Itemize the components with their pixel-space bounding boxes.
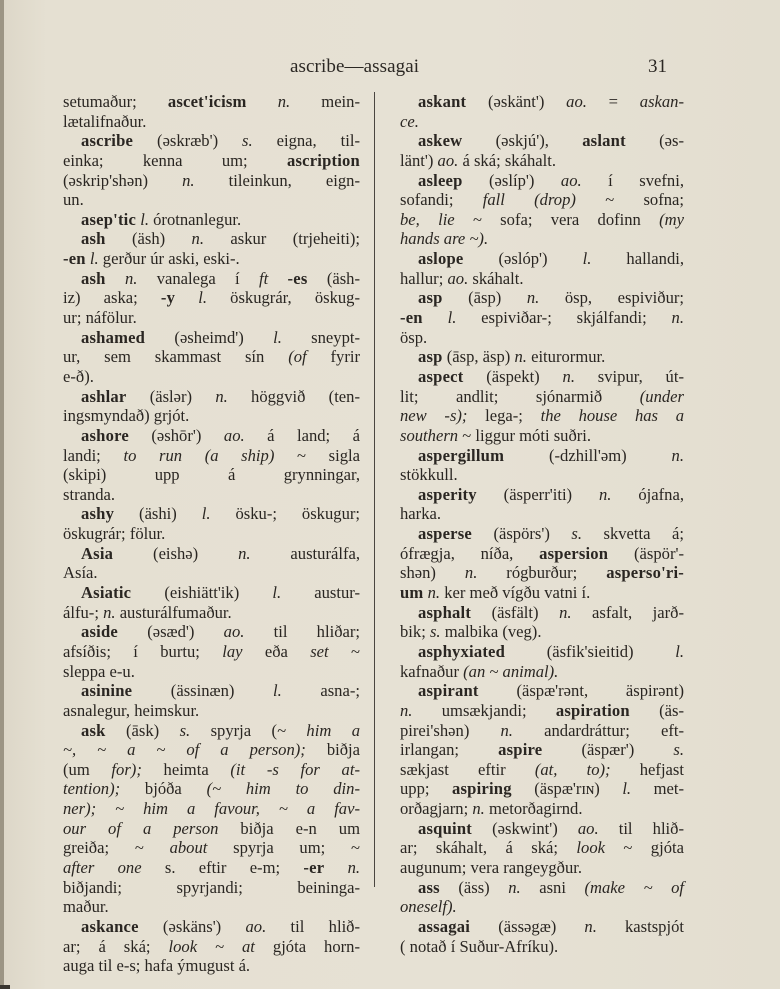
definition-text: á ská; skáhalt. [458,151,556,170]
text-line: sleppa e-u. [63,662,360,682]
definition-text: ( notað í Suður-Afríku). [400,937,558,956]
headword: askance [81,917,139,936]
italic-text: l. [140,210,149,229]
italic-text: (it -s for at- [230,760,360,779]
text-line: landi; to run (a ship) ~ sigla [63,446,360,466]
text-line: Asía. [63,563,360,583]
definition-text: met- [631,779,684,798]
text-line: asquint (əskwint') ao. til hlið- [400,819,684,839]
definition-text: eigna, til- [253,131,360,150]
definition-text: (əslóp') [463,249,582,268]
text-line: oneself). [400,897,684,917]
definition-text: ösku-; öskugur; [211,504,360,523]
definition-text: (ässəgæ) [470,917,584,936]
definition-text: ~ liggur móti suðri. [458,426,591,445]
text-line: aspect (äspekt) n. svipur, út- [400,367,684,387]
definition-text [247,92,278,111]
headword: aspiration [556,701,630,720]
definition-text: (äspekt) [463,367,562,386]
definition-text: svipur, út- [575,367,684,386]
definition-text: espiviðar-; skjálfandi; [456,308,671,327]
text-line: ösp. [400,328,684,348]
italic-text: ce. [400,112,419,131]
italic-text: ft [259,269,268,288]
definition-text: irlangan; [400,740,498,759]
definition-text: (äshi) [114,504,202,523]
text-line: (um for); heimta (it -s for at- [63,760,360,780]
italic-text: ao. [438,151,459,170]
italic-text: fall (drop) [483,190,576,209]
headword: aspire [498,740,542,759]
definition-text: landi; [63,446,123,465]
corner-mark [0,985,10,989]
definition-text: fyrir [307,347,360,366]
italic-text: n. [514,347,526,366]
definition-text: gerður úr aski, eski-. [99,249,240,268]
text-line: ~, ~ a ~ of a person); biðja [63,740,360,760]
text-line: harka. [400,504,684,524]
definition-text: (äss) [440,878,508,897]
definition-text: skvetta á; [582,524,684,543]
italic-text: oneself). [400,897,457,916]
headword: asperso'ri- [606,563,684,582]
text-line: orðagjarn; n. metorðagirnd. [400,799,684,819]
definition-text: bik; [400,622,430,641]
definition-text: ~ [329,642,360,661]
italic-text: to run (a ship) [123,446,274,465]
definition-text: sneypt- [282,328,360,347]
text-line: lætalifnaður. [63,112,360,132]
italic-text: n. [599,485,611,504]
text-line: ashore (əshōr') ao. á land; á [63,426,360,446]
italic-text: hands are ~). [400,229,488,248]
headword: -en [63,249,86,268]
definition-text: lætalifnaður. [63,112,146,131]
text-line: ar; á ská; look ~ at gjóta horn- [63,937,360,957]
text-line: pirei'shən) n. andardráttur; eft- [400,721,684,741]
page-binding-edge [0,0,4,989]
headword: ashore [81,426,129,445]
italic-text: n. [465,563,477,582]
text-line: greiða; ~ about spyrja um; ~ [63,838,360,858]
definition-text: heimta [142,760,231,779]
definition-text: (āsp) [443,288,527,307]
definition-text [175,288,198,307]
definition-text: ójafna, [611,485,684,504]
text-line: ass (äss) n. asni (make ~ of [400,878,684,898]
definition-text: (-dzhill'əm) [504,446,671,465]
definition-text: (äspæ'rənt, äspirənt) [479,681,684,700]
text-line: asperity (äsperr'iti) n. ójafna, [400,485,684,505]
text-line: ashamed (əsheimd') l. sneypt- [63,328,360,348]
italic-text: l. [198,288,207,307]
italic-text: s. [673,740,684,759]
definition-text: ar; skáhalt, á ská; [400,838,576,857]
definition-text: ~ sofa; vera dofinn [455,210,659,229]
headword: ass [418,878,440,897]
definition-text: spyrja ( [190,721,277,740]
text-line: auga til e-s; hafa ýmugust á. [63,956,360,976]
definition-text: austur- [281,583,360,602]
text-line: asphalt (äsfält) n. asfalt, jarð- [400,603,684,623]
italic-text: n. [508,878,520,897]
definition-text: sækjast eftir [400,760,535,779]
definition-text: länt') [400,151,438,170]
headword: asleep [418,171,463,190]
headword: aslant [582,131,626,150]
text-line: asleep (əslíp') ao. í svefni, [400,171,684,191]
left-column: setumaður; ascet'icism n. mein-lætalifna… [63,92,360,976]
italic-text: ~ him a [277,721,360,740]
definition-text: pirei'shən) [400,721,501,740]
definition-text: maður. [63,897,109,916]
definition-text: ~ gjóta [605,838,684,857]
text-line: irlangan; aspire (äspær') s. [400,740,684,760]
headword: asep'tic [81,210,136,229]
text-line: e-ð). [63,367,360,387]
definition-text: tileinkun, eign- [195,171,360,190]
text-line: öskugrár; fölur. [63,524,360,544]
headword: asquint [418,819,472,838]
definition-text: kafnaður [400,662,463,681]
definition-text: öskugrár, öskug- [207,288,360,307]
headword: asp [418,288,443,307]
definition-text: ur; náfölur. [63,308,137,327]
italic-text: (under [640,387,684,406]
definition-text: til hlið- [266,917,360,936]
text-line: iz) aska; -y l. öskugrár, öskug- [63,288,360,308]
text-line: kafnaður (an ~ animal). [400,662,684,682]
headword: aspiring [452,779,512,798]
italic-text: our of a person [63,819,218,838]
italic-text: l. [202,504,211,523]
text-line: asphyxiated (äsfik'sieitid) l. [400,642,684,662]
text-line: stökkull. [400,465,684,485]
definition-text: biðjandi; spyrjandi; beininga- [63,878,360,897]
definition-text: orðagjarn; [400,799,472,818]
italic-text: tention); [63,779,120,798]
definition-text: eða [243,642,311,661]
italic-text: (~ him to din- [207,779,360,798]
italic-text: n. [672,446,684,465]
italic-text: ner); ~ him a favour, ~ a fav- [63,799,360,818]
definition-text: hallandi, [591,249,684,268]
definition-text: upp; [400,779,452,798]
italic-text: ao. [224,622,245,641]
definition-text: austurálfa, [251,544,360,563]
definition-text: askur (trjeheiti); [204,229,360,248]
definition-text: sofandi; [400,190,483,209]
italic-text: s. [430,622,441,641]
text-line: ce. [400,112,684,132]
headword: askant [418,92,466,111]
italic-text: new -s); [400,406,467,425]
definition-text: vanalega í [137,269,259,288]
definition-text: einka; kenna um; [63,151,287,170]
italic-text: look [576,838,605,857]
headword: aspergillum [418,446,504,465]
italic-text: ao. [561,171,582,190]
definition-text: (äspör'- [608,544,684,563]
text-line: asperse (äspörs') s. skvetta á; [400,524,684,544]
headword: Asiatic [81,583,131,602]
definition-text: gjóta horn- [255,937,360,956]
definition-text: eiturormur. [527,347,605,366]
header-guide-words: ascribe—assagai [290,56,419,78]
text-line: ingsmyndað) grjót. [63,406,360,426]
definition-text: iz) aska; [63,288,161,307]
definition-text: = [587,92,640,111]
definition-text: (əskänt') [466,92,566,111]
italic-text: ao. [447,269,468,288]
definition-text: spyrja um; ~ [207,838,360,857]
definition-text [268,269,287,288]
text-line: ashy (äshi) l. ösku-; öskugur; [63,504,360,524]
definition-text: ösp, espiviður; [539,288,684,307]
text-line: ( notað í Suður-Afríku). [400,937,684,957]
text-line: aside (əsæd') ao. til hliðar; [63,622,360,642]
definition-text: auga til e-s; hafa ýmugust á. [63,956,250,975]
definition-text: (əskwint') [472,819,578,838]
italic-text: askan- [640,92,684,111]
headword: ash [81,229,106,248]
text-line: our of a person biðja e-n um [63,819,360,839]
text-line: shən) n. rógburður; asperso'ri- [400,563,684,583]
text-line: ascribe (əskræb') s. eigna, til- [63,131,360,151]
headword: askew [418,131,462,150]
italic-text: after one [63,858,142,877]
italic-text: l. [273,328,282,347]
definition-text: (äsh) [106,229,192,248]
definition-text: bjóða [120,779,206,798]
headword: aspersion [539,544,608,563]
text-line: ash (äsh) n. askur (trjeheiti); [63,229,360,249]
text-line: southern ~ liggur móti suðri. [400,426,684,446]
headword: ask [81,721,106,740]
definition-text: biðja e-n um [218,819,360,838]
definition-text: afsíðis; í burtu; [63,642,222,661]
definition-text: (eishə) [113,544,238,563]
definition-text: ~ sofna; [576,190,684,209]
definition-text: á land; á [245,426,360,445]
definition-text: stranda. [63,485,115,504]
italic-text: n. [238,544,250,563]
definition-text: (äs- [630,701,684,720]
italic-text: look ~ at [169,937,255,956]
text-line: maður. [63,897,360,917]
italic-text: set [310,642,328,661]
definition-text [423,308,448,327]
italic-text: (of [288,347,306,366]
definition-text: öskugrár; fölur. [63,524,165,543]
italic-text: n. [192,229,204,248]
definition-text: kastspjót [597,917,684,936]
definition-text: (äsfik'sieitid) [505,642,675,661]
italic-text: the house has a [541,406,684,425]
italic-text: lay [222,642,242,661]
headword: ashy [81,504,114,523]
headword: ascription [287,151,360,170]
definition-text: asnalegur, heimskur. [63,701,199,720]
definition-text: ar; á ská; [63,937,169,956]
definition-text: (āsk) [106,721,180,740]
text-line: -en l. gerður úr aski, eski-. [63,249,360,269]
italic-text: n. [563,367,575,386]
text-line: upp; aspiring (äspæ'rɪɴ) l. met- [400,779,684,799]
text-line: ask (āsk) s. spyrja (~ him a [63,721,360,741]
definition-text: greiða; ~ [63,838,170,857]
italic-text: ao. [224,426,245,445]
text-line: um n. ker með vígðu vatni í. [400,583,684,603]
definition-text: stökkull. [400,465,458,484]
italic-text: n. [472,799,484,818]
headword: ashlar [81,387,126,406]
text-line: (skipi) upp á grynningar, [63,465,360,485]
headword: ash [81,269,106,288]
definition-text: (um [63,760,111,779]
running-header: ascribe—assagai 31 [0,56,780,82]
definition-text: umsækjandi; [412,701,555,720]
italic-text: l. [622,779,631,798]
definition-text: til hlið- [599,819,684,838]
definition-text: (äsh- [308,269,361,288]
definition-text: ösp. [400,328,427,347]
definition-text: (äspær') [542,740,673,759]
definition-text: harka. [400,504,441,523]
italic-text: n. [348,858,360,877]
headword: -y [161,288,175,307]
headword: aspirant [418,681,479,700]
definition-text: (äsfält) [471,603,559,622]
definition-text: asna-; [282,681,360,700]
headword: -er [303,858,324,877]
text-line: stranda. [63,485,360,505]
text-line: asinine (ässinæn) l. asna-; [63,681,360,701]
definition-text: biðja [306,740,360,759]
italic-text: ao. [246,917,267,936]
text-line: augunum; vera rangeygður. [400,858,684,878]
text-line: ner); ~ him a favour, ~ a fav- [63,799,360,819]
definition-text: órotnanlegur. [149,210,241,229]
definition-text: (äsperr'iti) [477,485,599,504]
headword: asperity [418,485,477,504]
italic-text: about [170,838,208,857]
headword: asphalt [418,603,471,622]
definition-text: (əsæd') [118,622,224,641]
definition-text: malbika (veg). [441,622,542,641]
definition-text: (əshōr') [129,426,224,445]
definition-text: hallur; [400,269,447,288]
text-line: ur; náfölur. [63,308,360,328]
italic-text: (my [659,210,684,229]
text-line: assagai (ässəgæ) n. kastspjót [400,917,684,937]
definition-text: lit; andlit; sjónarmið [400,387,640,406]
text-line: einka; kenna um; ascription [63,151,360,171]
text-line: n. umsækjandi; aspiration (äs- [400,701,684,721]
italic-text: for); [111,760,141,779]
definition-text: mein- [290,92,360,111]
definition-text: asni [521,878,585,897]
definition-text [106,269,125,288]
text-line: ash n. vanalega í ft -es (äsh- [63,269,360,289]
text-line: hands are ~). [400,229,684,249]
text-line: aspergillum (-dzhill'əm) n. [400,446,684,466]
headword: asphyxiated [418,642,505,661]
text-line: askant (əskänt') ao. = askan- [400,92,684,112]
definition-text: (eishiätt'ik) [131,583,272,602]
text-line: Asia (eishə) n. austurálfa, [63,544,360,564]
definition-text: hefjast [611,760,684,779]
definition-text: (skipi) upp á grynningar, [63,465,360,484]
italic-text: n. [527,288,539,307]
text-line: lit; andlit; sjónarmið (under [400,387,684,407]
definition-text: (ässinæn) [132,681,273,700]
definition-text: (əs- [626,131,684,150]
text-line: ófrægja, níða, aspersion (äspör'- [400,544,684,564]
text-line: setumaður; ascet'icism n. mein- [63,92,360,112]
text-line: länt') ao. á ská; skáhalt. [400,151,684,171]
italic-text: n. [584,917,596,936]
definition-text: álfu-; [63,603,103,622]
definition-text: (āsp, äsp) [443,347,515,366]
definition-text: metorðagirnd. [485,799,583,818]
definition-text: s. eftir e-m; [142,858,304,877]
text-line: aslope (əslóp') l. hallandi, [400,249,684,269]
italic-text: n. [501,721,513,740]
text-line: (əskrip'shən) n. tileinkun, eign- [63,171,360,191]
text-line: ashlar (äslər) n. höggvið (ten- [63,387,360,407]
text-line: afsíðis; í burtu; lay eða set ~ [63,642,360,662]
definition-text: ~ sigla [274,446,360,465]
italic-text: n. [103,603,115,622]
definition-text: skáhalt. [468,269,523,288]
text-line: asnalegur, heimskur. [63,701,360,721]
text-line: sækjast eftir (at, to); hefjast [400,760,684,780]
definition-text: Asía. [63,563,98,582]
definition-text: (əskræb') [133,131,242,150]
text-line: new -s); lega-; the house has a [400,406,684,426]
definition-text: asfalt, jarð- [572,603,684,622]
definition-text: lega-; [467,406,540,425]
definition-text: un. [63,190,84,209]
headword: um [400,583,423,602]
italic-text: s. [571,524,582,543]
definition-text: í svefni, [582,171,684,190]
headword: -en [400,308,423,327]
definition-text: til hliðar; [244,622,360,641]
text-line: asp (āsp) n. ösp, espiviður; [400,288,684,308]
text-line: ar; skáhalt, á ská; look ~ gjóta [400,838,684,858]
text-line: sofandi; fall (drop) ~ sofna; [400,190,684,210]
italic-text: be, lie [400,210,455,229]
right-column: askant (əskänt') ao. = askan-ce.askew (ə… [400,92,684,956]
definition-text: (äspæ'rɪɴ) [512,779,623,798]
text-line: biðjandi; spyrjandi; beininga- [63,878,360,898]
definition-text: ker með vígðu vatni í. [440,583,590,602]
italic-text: (at, to); [535,760,611,779]
definition-text: shən) [400,563,465,582]
headword: asperse [418,524,472,543]
text-line: after one s. eftir e-m; -er n. [63,858,360,878]
definition-text: ingsmyndað) grjót. [63,406,189,425]
headword: asp [418,347,443,366]
italic-text: n. [559,603,571,622]
italic-text: southern [400,426,458,445]
italic-text: l. [675,642,684,661]
italic-text: n. [400,701,412,720]
page-number: 31 [648,56,667,78]
definition-text: (əskäns') [139,917,246,936]
